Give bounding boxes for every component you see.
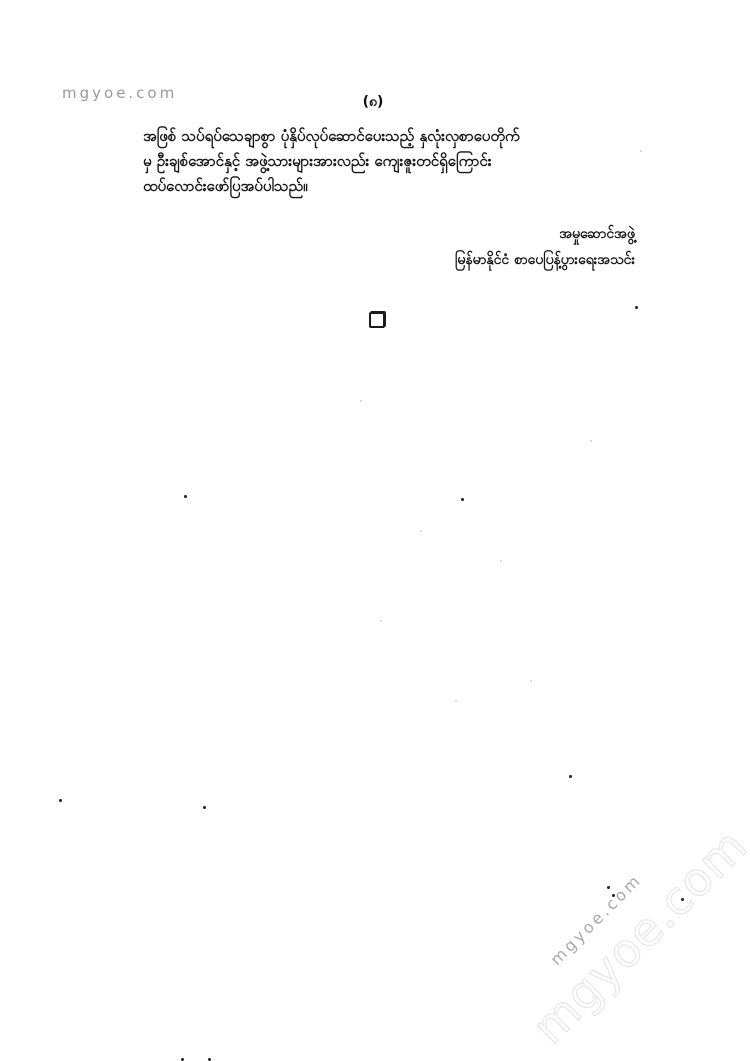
- scan-speck: [59, 799, 62, 802]
- signature-organization: မြန်မာနိုင်ငံ စာပေပြန့်ပွားရေးအသင်း: [455, 250, 635, 271]
- scan-speck: [607, 886, 610, 889]
- scan-speck: [590, 440, 592, 442]
- scan-speck: [455, 700, 457, 702]
- scan-speck: [635, 306, 638, 309]
- scan-speck: [380, 620, 382, 622]
- scan-speck: [461, 498, 464, 501]
- signature-committee: အမှုဆောင်အဖွဲ့: [559, 224, 635, 245]
- paragraph: အဖြစ် သပ်ရပ်သေချာစွာ ပုံနှိပ်လုပ်ဆောင်ပေ…: [143, 124, 635, 199]
- square-end-mark-icon: [369, 312, 385, 328]
- scan-speck: [184, 495, 187, 498]
- scan-speck: [640, 150, 642, 152]
- paragraph-line-2: မှ ဦးချစ်အောင်နှင့် အဖွဲ့သားများအားလည်း …: [143, 149, 635, 174]
- watermark-bottom-large: mgyoe.com: [522, 818, 750, 1054]
- scan-speck: [360, 400, 362, 402]
- page-number: (၈): [0, 92, 750, 113]
- scan-speck: [569, 775, 572, 778]
- scan-speck: [203, 806, 206, 809]
- paragraph-line-1: အဖြစ် သပ်ရပ်သေချာစွာ ပုံနှိပ်လုပ်ဆောင်ပေ…: [143, 124, 635, 149]
- paragraph-line-3: ထပ်လောင်းဖော်ပြအပ်ပါသည်။: [143, 174, 635, 199]
- scan-speck: [420, 530, 422, 532]
- scan-speck: [530, 680, 532, 682]
- page-number-text: (၈): [363, 92, 384, 113]
- scan-speck: [500, 560, 502, 562]
- scanned-page: mgyoe.com (၈) အဖြစ် သပ်ရပ်သေချာစွာ ပုံနှ…: [0, 0, 750, 1061]
